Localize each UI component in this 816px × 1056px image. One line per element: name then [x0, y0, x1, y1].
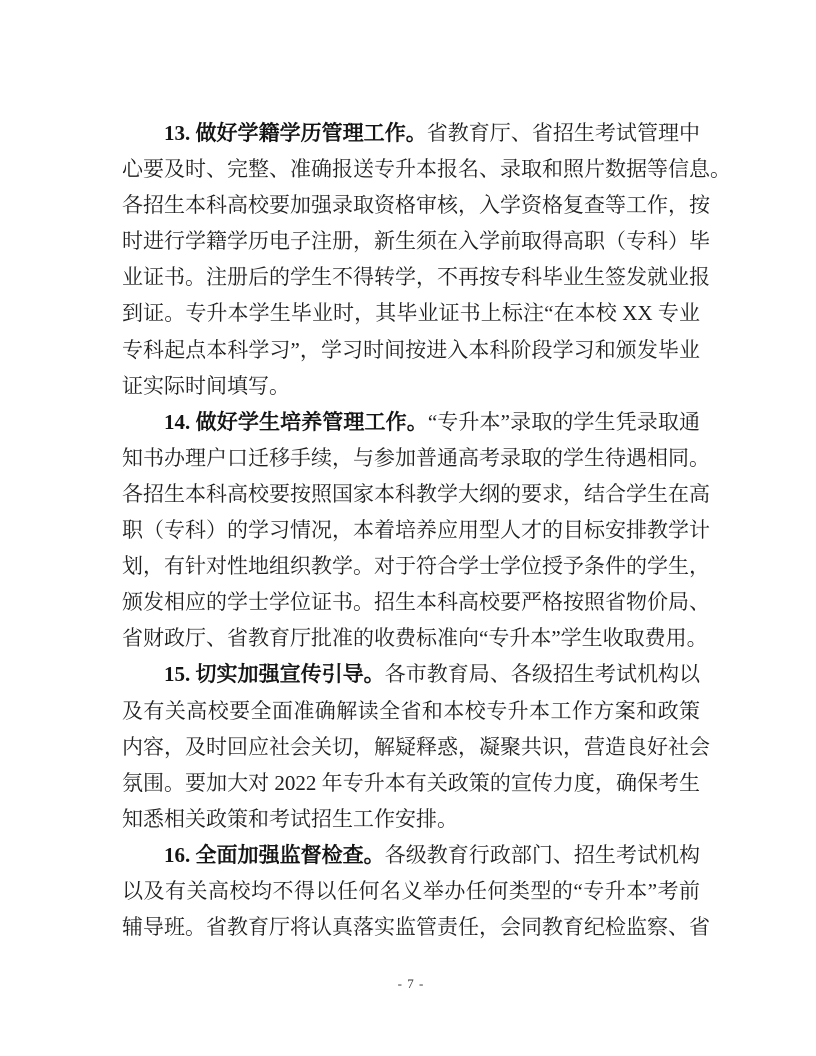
text-line: 13. 做好学籍学历管理工作。省教育厅、省招生考试管理中 — [122, 115, 700, 151]
text-line: 以及有关高校均不得以任何名义举办任何类型的“专升本”考前 — [122, 873, 700, 909]
text-line: 职（专科）的学习情况，本着培养应用型人才的目标安排教学计 — [122, 512, 700, 548]
text-line: 辅导班。省教育厅将认真落实监管责任，会同教育纪检监察、省 — [122, 909, 700, 945]
paragraph-13-first-text: 省教育厅、省招生考试管理中 — [427, 121, 700, 145]
text-line: 氛围。要加大对 2022 年专升本有关政策的宣传力度，确保考生 — [122, 765, 700, 801]
text-line: 内容，及时回应社会关切，解疑释惑，凝聚共识，营造良好社会 — [122, 729, 700, 765]
paragraph-13-heading: 13. 做好学籍学历管理工作。 — [164, 121, 427, 145]
paragraph-13: 13. 做好学籍学历管理工作。省教育厅、省招生考试管理中 心要及时、完整、准确报… — [122, 115, 700, 404]
text-line: 证实际时间填写。 — [122, 368, 700, 404]
text-line: 到证。专升本学生毕业时，其毕业证书上标注“在本校 XX 专业 — [122, 295, 700, 331]
document-body: 13. 做好学籍学历管理工作。省教育厅、省招生考试管理中 心要及时、完整、准确报… — [122, 115, 700, 945]
text-line: 省财政厅、省教育厅批准的收费标准向“专升本”学生收取费用。 — [122, 620, 700, 656]
page-number: - 7 - — [122, 976, 700, 992]
paragraph-14-heading: 14. 做好学生培养管理工作。 — [164, 410, 428, 434]
paragraph-15-heading: 15. 切实加强宣传引导。 — [164, 662, 385, 686]
text-line: 各招生本科高校要加强录取资格审核，入学资格复查等工作，按 — [122, 187, 700, 223]
paragraph-15: 15. 切实加强宣传引导。各市教育局、各级招生考试机构以 及有关高校要全面准确解… — [122, 656, 700, 836]
text-line: 业证书。注册后的学生不得转学，不再按专科毕业生签发就业报 — [122, 259, 700, 295]
text-line: 划，有针对性地组织教学。对于符合学士学位授予条件的学生， — [122, 548, 700, 584]
paragraph-16: 16. 全面加强监督检查。各级教育行政部门、招生考试机构 以及有关高校均不得以任… — [122, 837, 700, 945]
text-line: 各招生本科高校要按照国家本科教学大纲的要求，结合学生在高 — [122, 476, 700, 512]
text-line: 时进行学籍学历电子注册，新生须在入学前取得高职（专科）毕 — [122, 223, 700, 259]
text-line: 及有关高校要全面准确解读全省和本校专升本工作方案和政策 — [122, 693, 700, 729]
text-line: 知悉相关政策和考试招生工作安排。 — [122, 801, 700, 837]
paragraph-14: 14. 做好学生培养管理工作。“专升本”录取的学生凭录取通 知书办理户口迁移手续… — [122, 404, 700, 657]
text-line: 14. 做好学生培养管理工作。“专升本”录取的学生凭录取通 — [122, 404, 700, 440]
text-line: 颁发相应的学士学位证书。招生本科高校要严格按照省物价局、 — [122, 584, 700, 620]
paragraph-15-first-text: 各市教育局、各级招生考试机构以 — [385, 662, 700, 686]
text-line: 专科起点本科学习”，学习时间按进入本科阶段学习和颁发毕业 — [122, 332, 700, 368]
paragraph-16-heading: 16. 全面加强监督检查。 — [164, 843, 385, 867]
text-line: 15. 切实加强宣传引导。各市教育局、各级招生考试机构以 — [122, 656, 700, 692]
text-line: 知书办理户口迁移手续，与参加普通高考录取的学生待遇相同。 — [122, 440, 700, 476]
paragraph-16-first-text: 各级教育行政部门、招生考试机构 — [385, 843, 700, 867]
paragraph-14-first-text: “专升本”录取的学生凭录取通 — [428, 410, 700, 434]
document-page: 13. 做好学籍学历管理工作。省教育厅、省招生考试管理中 心要及时、完整、准确报… — [0, 0, 816, 1056]
text-line: 16. 全面加强监督检查。各级教育行政部门、招生考试机构 — [122, 837, 700, 873]
text-line: 心要及时、完整、准确报送专升本报名、录取和照片数据等信息。 — [122, 151, 700, 187]
